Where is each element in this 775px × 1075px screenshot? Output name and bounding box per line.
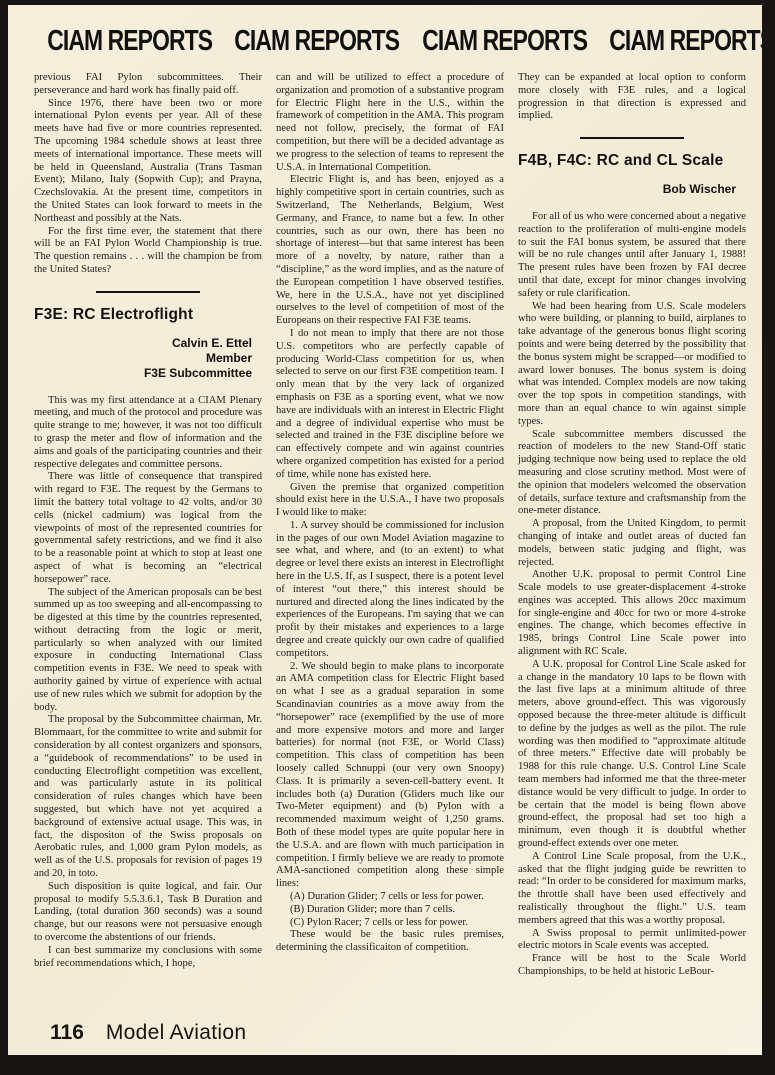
paragraph: A Swiss proposal to permit unlimited-pow… xyxy=(518,928,746,954)
columns: previous FAI Pylon subcommittees. Their … xyxy=(34,72,746,979)
paragraph: We had been hearing from U.S. Scale mode… xyxy=(518,301,746,429)
paragraph: This was my first attendance at a CIAM P… xyxy=(34,395,262,472)
magazine-title: Model Aviation xyxy=(106,1021,246,1045)
byline-line: Member xyxy=(34,351,252,366)
masthead-title: CIAM REPORTS xyxy=(235,23,400,58)
paragraph: These would be the basic rules premises,… xyxy=(276,929,504,955)
paragraph: can and will be utilized to effect a pro… xyxy=(276,72,504,174)
masthead-title: CIAM REPORTS xyxy=(422,23,587,58)
paragraph: Since 1976, there have been two or more … xyxy=(34,98,262,226)
section-heading: F3E: RC Electroflight xyxy=(34,309,262,322)
paragraph: France will be host to the Scale World C… xyxy=(518,953,746,979)
byline-line: Calvin E. Ettel xyxy=(34,336,252,351)
paragraph: (B) Duration Glider; more than 7 cells. xyxy=(276,904,504,917)
paragraph: 1. A survey should be commissioned for i… xyxy=(276,520,504,661)
paragraph: I do not mean to imply that there are no… xyxy=(276,328,504,482)
column-1: previous FAI Pylon subcommittees. Their … xyxy=(34,72,262,979)
paragraph: A U.K. proposal for Control Line Scale a… xyxy=(518,659,746,851)
column-2: can and will be utilized to effect a pro… xyxy=(276,72,504,979)
masthead-title: CIAM REPORTS xyxy=(47,23,212,58)
paragraph: A proposal, from the United Kingdom, to … xyxy=(518,518,746,569)
paragraph: (A) Duration Glider; 7 cells or less for… xyxy=(276,891,504,904)
column-3: They can be expanded at local option to … xyxy=(518,72,746,979)
paragraph: A Control Line Scale proposal, from the … xyxy=(518,851,746,928)
paragraph: For the first time ever, the statement t… xyxy=(34,226,262,277)
byline: Calvin E. EttelMemberF3E Subcommittee xyxy=(34,336,262,381)
paragraph: There was little of consequence that tra… xyxy=(34,471,262,586)
page-number: 116 xyxy=(50,1021,84,1045)
paragraph: 2. We should begin to make plans to inco… xyxy=(276,661,504,891)
paragraph: Electric Flight is, and has been, enjoye… xyxy=(276,174,504,328)
byline-line: Bob Wischer xyxy=(518,182,736,197)
paragraph: They can be expanded at local option to … xyxy=(518,72,746,123)
paragraph: The subject of the American proposals ca… xyxy=(34,587,262,715)
paragraph: I can best summarize my conclusions with… xyxy=(34,945,262,971)
magazine-page: CIAM REPORTSCIAM REPORTSCIAM REPORTSCIAM… xyxy=(8,5,762,1055)
paragraph: previous FAI Pylon subcommittees. Their … xyxy=(34,72,262,98)
paragraph: Scale subcommittee members discussed the… xyxy=(518,429,746,519)
masthead-title: CIAM REPORTS xyxy=(609,23,762,58)
byline: Bob Wischer xyxy=(518,182,746,197)
paragraph: For all of us who were concerned about a… xyxy=(518,211,746,301)
paragraph: Another U.K. proposal to permit Control … xyxy=(518,569,746,659)
byline-line: F3E Subcommittee xyxy=(34,366,252,381)
page-footer: 116 Model Aviation xyxy=(50,1021,246,1045)
paragraph: Such disposition is quite logical, and f… xyxy=(34,881,262,945)
paragraph: The proposal by the Subcommittee chairma… xyxy=(34,714,262,880)
masthead: CIAM REPORTSCIAM REPORTSCIAM REPORTSCIAM… xyxy=(36,27,740,58)
section-divider xyxy=(580,137,684,139)
section-divider xyxy=(96,291,200,293)
paragraph: Given the premise that organized competi… xyxy=(276,482,504,520)
paragraph: (C) Pylon Racer; 7 cells or less for pow… xyxy=(276,917,504,930)
section-heading: F4B, F4C: RC and CL Scale xyxy=(518,155,746,168)
